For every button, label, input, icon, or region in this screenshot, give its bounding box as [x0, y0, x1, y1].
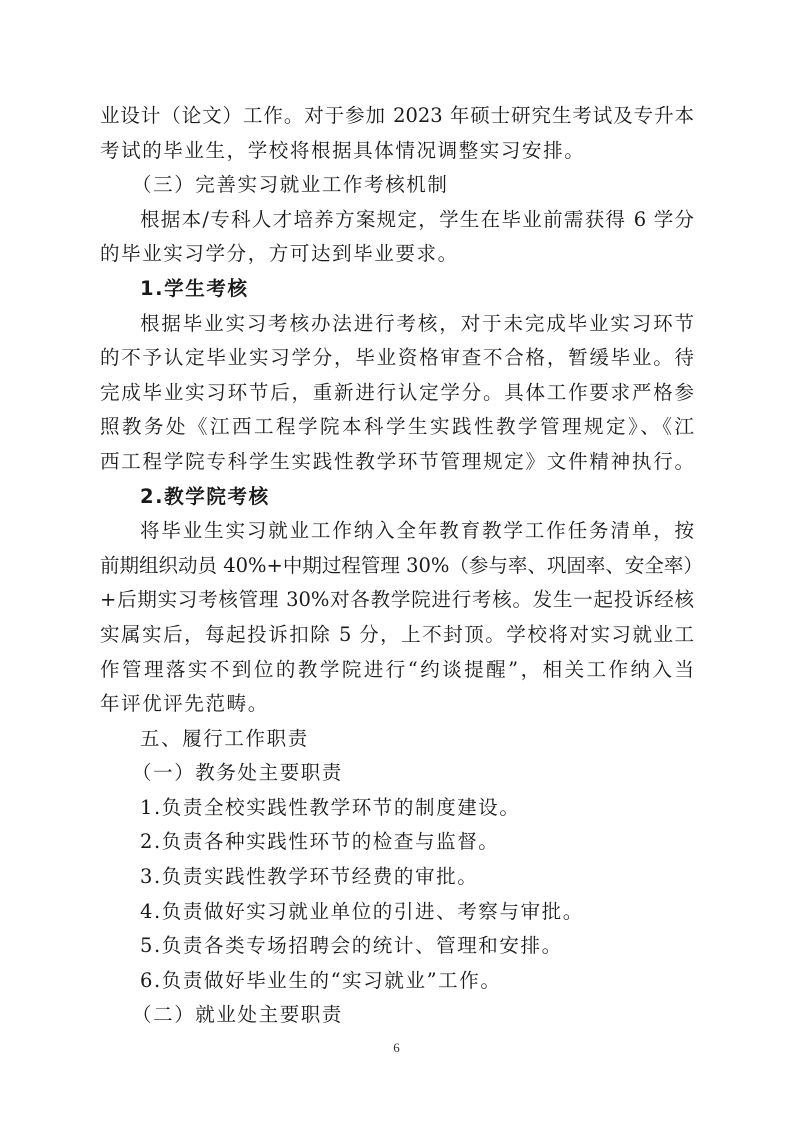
subsection-heading-college-assessment: 2.教学院考核: [100, 480, 694, 515]
list-item: 1.负责全校实践性教学环节的制度建设。: [100, 791, 694, 826]
paragraph-line: 考试的毕业生，学校将根据具体情况调整实习安排。: [100, 134, 694, 169]
paragraph-line: 的不予认定毕业实习学分，毕业资格审查不合格，暂缓毕业。待: [100, 341, 694, 376]
document-page: 业设计（论文）工作。对于参加 2023 年硕士研究生考试及专升本 考试的毕业生，…: [100, 99, 694, 1033]
list-item: 5.负责各类专场招聘会的统计、管理和安排。: [100, 929, 694, 964]
subsection-heading-student-assessment: 1.学生考核: [100, 272, 694, 307]
paragraph-line: 将毕业生实习就业工作纳入全年教育教学工作任务清单，按: [100, 514, 694, 549]
section-3-heading: （三）完善实习就业工作考核机制: [100, 168, 694, 203]
paragraph-line: 实属实后，每起投诉扣除 5 分，上不封顶。学校将对实习就业工: [100, 618, 694, 653]
paragraph-line: 照教务处《江西工程学院本科学生实践性教学管理规定》、《江: [100, 410, 694, 445]
paragraph-line: 完成毕业实习环节后，重新进行认定学分。具体工作要求严格参: [100, 376, 694, 411]
page-number: 6: [0, 1040, 793, 1056]
paragraph-line: 西工程学院专科学生实践性教学环节管理规定》文件精神执行。: [100, 445, 694, 480]
paragraph-line: 的毕业实习学分，方可达到毕业要求。: [100, 237, 694, 272]
section-5-sub1-heading: （一）教务处主要职责: [100, 756, 694, 791]
paragraph-line: 前期组织动员 40%+中期过程管理 30%（参与率、巩固率、安全率）: [100, 549, 694, 584]
paragraph-line: +后期实习考核管理 30%对各教学院进行考核。发生一起投诉经核: [100, 583, 694, 618]
list-item: 6.负责做好毕业生的“实习就业”工作。: [100, 964, 694, 999]
list-item: 4.负责做好实习就业单位的引进、考察与审批。: [100, 895, 694, 930]
paragraph-line: 年评优评先范畴。: [100, 687, 694, 722]
section-5-heading: 五、履行工作职责: [100, 722, 694, 757]
paragraph-line: 业设计（论文）工作。对于参加 2023 年硕士研究生考试及专升本: [100, 99, 694, 134]
paragraph-line: 根据毕业实习考核办法进行考核，对于未完成毕业实习环节: [100, 307, 694, 342]
list-item: 3.负责实践性教学环节经费的审批。: [100, 860, 694, 895]
section-5-sub2-heading: （二）就业处主要职责: [100, 998, 694, 1033]
paragraph-line: 根据本/专科人才培养方案规定，学生在毕业前需获得 6 学分: [100, 203, 694, 238]
list-item: 2.负责各种实践性环节的检查与监督。: [100, 825, 694, 860]
paragraph-line: 作管理落实不到位的教学院进行“约谈提醒”，相关工作纳入当: [100, 653, 694, 688]
